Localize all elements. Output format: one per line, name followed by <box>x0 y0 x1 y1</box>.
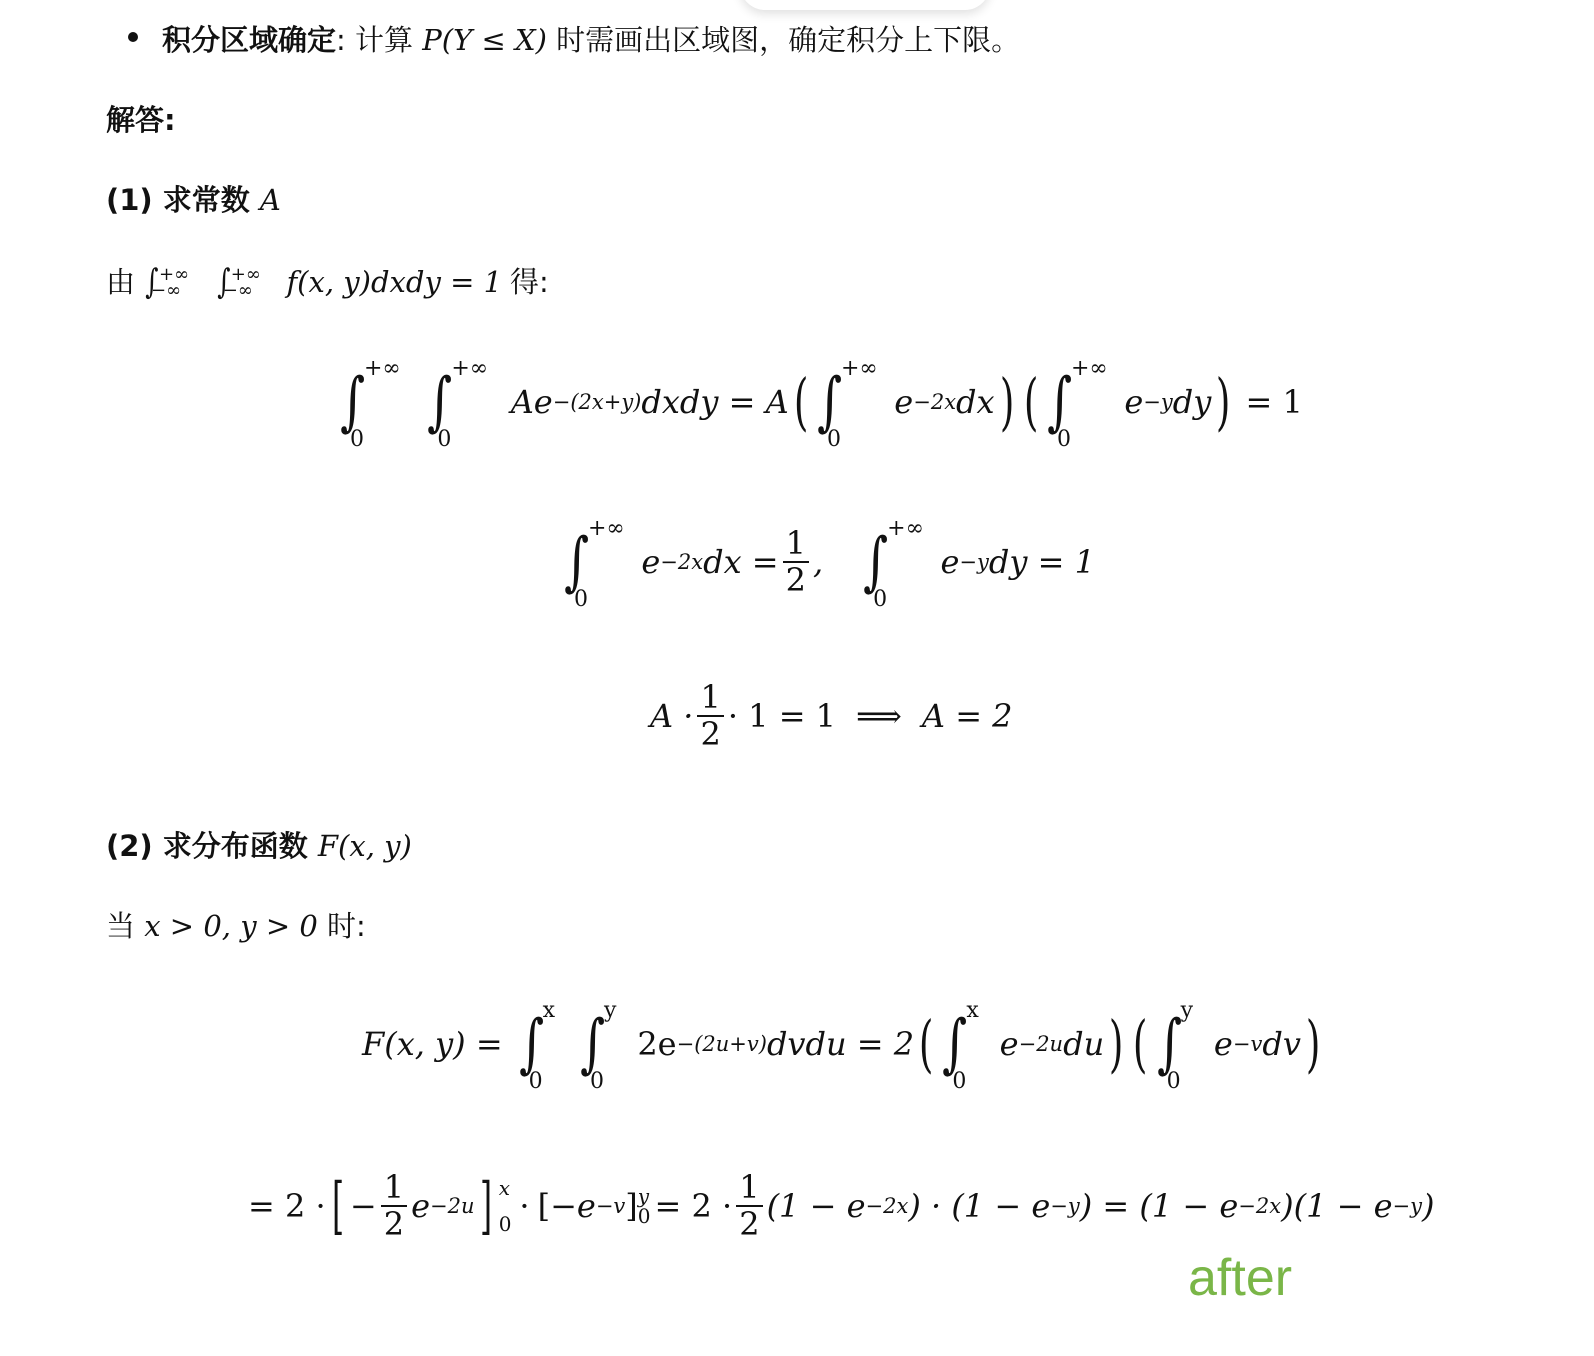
equation-cdf-result: = 2 · [ − 12 e−2u ] x0 · [−e−v] y0 = 2 ·… <box>248 1170 1434 1242</box>
part1-heading: (1) 求常数 A <box>106 180 281 220</box>
part2-condition: 当 x > 0, y > 0 时: <box>106 906 366 946</box>
answer-heading: 解答: <box>106 100 176 140</box>
integral-sign: ∫y0 <box>1153 1012 1186 1076</box>
integral-sign: ∫+∞0 <box>423 370 456 434</box>
integral-sign: ∫y0 <box>576 1012 609 1076</box>
after-watermark: after <box>1188 1248 1292 1308</box>
integral-sign: ∫+∞0 <box>1043 370 1076 434</box>
bullet-math: P(Y ≤ X) <box>422 23 547 57</box>
integral-sign: ∫+∞0 <box>813 370 846 434</box>
bullet-item: 积分区域确定: 计算 P(Y ≤ X) 时需画出区域图，确定积分上下限。 <box>162 20 1020 60</box>
bullet-label: 积分区域确定 <box>162 23 336 57</box>
equation-normalization: ∫+∞0 ∫+∞0 Ae−(2x+y) dxdy = A ( ∫+∞0 e−2x… <box>336 370 1303 434</box>
integral-sign: ∫+∞0 <box>560 530 593 594</box>
part1-intro: 由 ∫+∞−∞ ∫+∞−∞ f(x, y)dxdy = 1 得: <box>106 262 549 302</box>
integral-sign: ∫+∞0 <box>336 370 369 434</box>
equation-separate-integrals: ∫+∞0 e−2xdx = 12, ∫+∞0 e−ydy = 1 <box>560 526 1095 598</box>
integral-sign: ∫x0 <box>938 1012 971 1076</box>
equation-solve-A: A · 12 · 1 = 1 ⟹ A = 2 <box>650 680 1013 752</box>
integral-sign: ∫x0 <box>515 1012 548 1076</box>
integral-sign: ∫+∞−∞ <box>215 265 233 299</box>
integral-sign: ∫+∞0 <box>859 530 892 594</box>
floating-toolbar-pill <box>740 0 990 10</box>
part2-heading: (2) 求分布函数 F(x, y) <box>106 826 412 866</box>
equation-cdf-integral: F(x, y) = ∫x0 ∫y0 2e−(2u+v)dvdu = 2 ( ∫x… <box>362 1012 1325 1076</box>
integral-sign: ∫+∞−∞ <box>143 265 161 299</box>
bullet-dot <box>128 32 138 42</box>
